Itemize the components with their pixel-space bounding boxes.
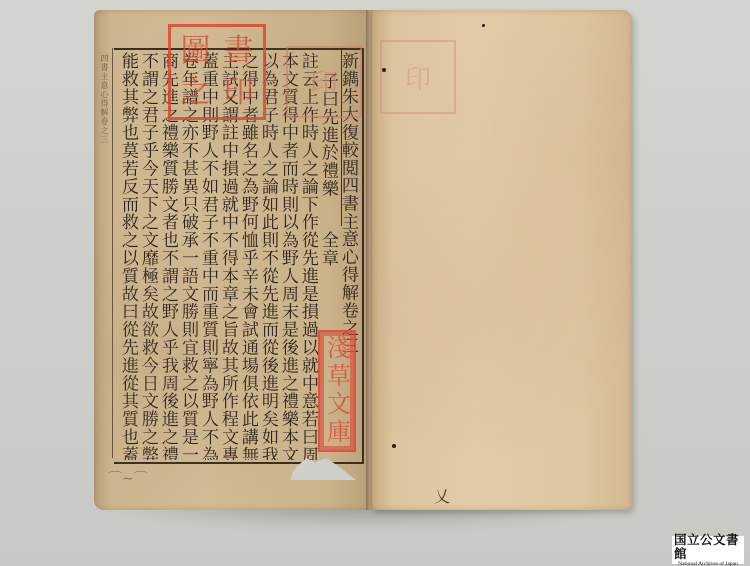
text-column: 能救其弊也莫若反而救之以質故曰從先進從其質也蓋周文武之意監二 — [118, 52, 138, 460]
watermark-english: National Archives of Japan — [678, 561, 738, 566]
worm-hole — [482, 24, 485, 27]
bottom-scribble: ⌒∼⌒ — [108, 468, 148, 488]
left-page: 四書主意心得解卷之三 新鐫朱大復較閲四書主意心得解卷之三 子曰先進於禮樂全章 註… — [94, 10, 370, 510]
text-column: 不謂之君子乎今天下之文靡極矣故欲救今日文勝之弊如徒曰得中猶不 — [138, 52, 158, 460]
asakusa-bunko-seal: 淺草文庫 — [318, 330, 356, 452]
worm-hole — [382, 68, 386, 72]
watermark-japanese: 国立公文書館 — [674, 533, 742, 561]
right-page: 印 乂 — [372, 10, 632, 510]
seal-char: 之 — [175, 73, 216, 113]
faint-seal: 印 — [286, 46, 362, 118]
seal-char: 圖 — [175, 31, 216, 71]
worm-hole — [392, 444, 396, 448]
seal-char: 印 — [218, 73, 259, 113]
square-red-seal: 圖 書 之 印 — [168, 24, 266, 120]
bleed-through-seal: 印 — [380, 40, 456, 114]
seal-char: 書 — [218, 31, 259, 71]
chapter-tag: 全章 — [318, 231, 338, 267]
national-archives-watermark: 国立公文書館 National Archives of Japan — [672, 536, 744, 564]
margin-text: 四書主意心得解卷之三 — [99, 54, 110, 144]
scratch-mark: 乂 — [434, 484, 450, 507]
margin-strip: 四書主意心得解卷之三 — [98, 48, 113, 458]
